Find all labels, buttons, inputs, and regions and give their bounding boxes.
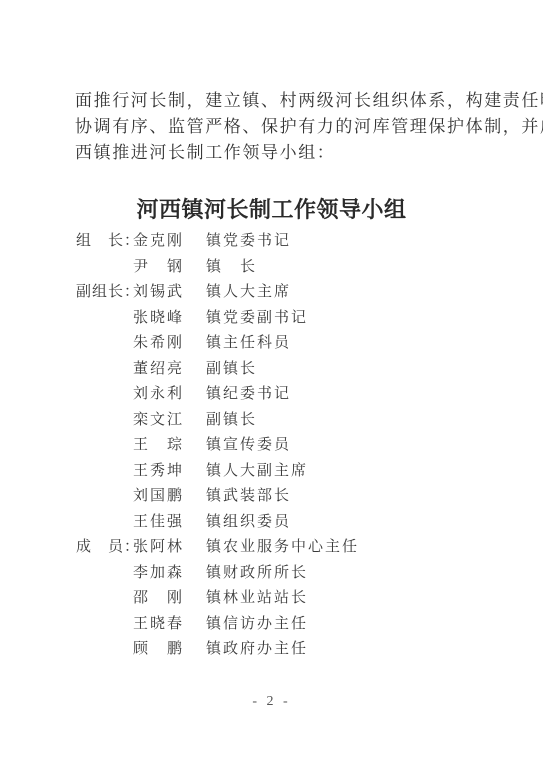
paragraph-line: 西镇推进河长制工作领导小组： — [75, 140, 485, 166]
role-label: 副组长： — [76, 279, 134, 305]
roster-row: 组 长：金克刚镇党委书记 — [76, 228, 516, 254]
member-name: 邵 刚 — [133, 585, 193, 611]
member-position: 镇纪委书记 — [206, 381, 291, 407]
member-position: 镇政府办主任 — [206, 636, 308, 662]
roster-row: 副组长：刘锡武镇人大主席 — [76, 279, 516, 305]
paragraph-line: 面推行河长制，建立镇、村两级河长组织体系，构建责任明确、 — [75, 88, 485, 114]
roster-row: 栾文江副镇长 — [76, 407, 516, 433]
roster-row: 尹 钢镇 长 — [76, 254, 516, 280]
intro-paragraph: 面推行河长制，建立镇、村两级河长组织体系，构建责任明确、 协调有序、监管严格、保… — [75, 88, 485, 166]
page-number: - 2 - — [0, 694, 543, 710]
member-name: 张晓峰 — [133, 305, 193, 331]
roster-list: 组 长：金克刚镇党委书记 尹 钢镇 长 副组长：刘锡武镇人大主席 张晓峰镇党委副… — [76, 228, 516, 662]
roster-row: 刘国鹏镇武装部长 — [76, 483, 516, 509]
member-name: 李加森 — [133, 560, 193, 586]
role-label: 组 长： — [76, 228, 134, 254]
member-position: 镇人大主席 — [206, 279, 291, 305]
member-name: 栾文江 — [133, 407, 193, 433]
role-label: 成 员： — [76, 534, 134, 560]
member-name: 尹 钢 — [133, 254, 193, 280]
member-position: 镇组织委员 — [206, 509, 291, 535]
paragraph-line: 协调有序、监管严格、保护有力的河库管理保护体制，并成立河 — [75, 114, 485, 140]
member-name: 顾 鹏 — [133, 636, 193, 662]
roster-row: 刘永利镇纪委书记 — [76, 381, 516, 407]
section-title: 河西镇河长制工作领导小组 — [0, 193, 543, 224]
member-position: 副镇长 — [206, 407, 257, 433]
member-name: 王晓春 — [133, 611, 193, 637]
member-position: 镇财政所所长 — [206, 560, 308, 586]
member-position: 镇 长 — [206, 254, 257, 280]
roster-row: 王秀坤镇人大副主席 — [76, 458, 516, 484]
roster-row: 李加森镇财政所所长 — [76, 560, 516, 586]
member-position: 镇农业服务中心主任 — [206, 534, 359, 560]
roster-row: 成 员：张阿林镇农业服务中心主任 — [76, 534, 516, 560]
member-name: 朱希刚 — [133, 330, 193, 356]
member-name: 刘国鹏 — [133, 483, 193, 509]
member-position: 镇信访办主任 — [206, 611, 308, 637]
member-name: 张阿林 — [133, 534, 193, 560]
member-position: 镇党委副书记 — [206, 305, 308, 331]
member-name: 刘永利 — [133, 381, 193, 407]
roster-row: 邵 刚镇林业站站长 — [76, 585, 516, 611]
member-position: 镇人大副主席 — [206, 458, 308, 484]
roster-row: 董绍亮副镇长 — [76, 356, 516, 382]
member-name: 金克刚 — [133, 228, 193, 254]
member-name: 王秀坤 — [133, 458, 193, 484]
roster-row: 王佳强镇组织委员 — [76, 509, 516, 535]
member-name: 刘锡武 — [133, 279, 193, 305]
document-page: 面推行河长制，建立镇、村两级河长组织体系，构建责任明确、 协调有序、监管严格、保… — [0, 0, 543, 768]
roster-row: 顾 鹏镇政府办主任 — [76, 636, 516, 662]
member-name: 王 琮 — [133, 432, 193, 458]
roster-row: 王 琮镇宣传委员 — [76, 432, 516, 458]
member-position: 镇党委书记 — [206, 228, 291, 254]
member-name: 王佳强 — [133, 509, 193, 535]
member-position: 镇武装部长 — [206, 483, 291, 509]
roster-row: 王晓春镇信访办主任 — [76, 611, 516, 637]
member-name: 董绍亮 — [133, 356, 193, 382]
member-position: 镇主任科员 — [206, 330, 291, 356]
roster-row: 张晓峰镇党委副书记 — [76, 305, 516, 331]
member-position: 镇宣传委员 — [206, 432, 291, 458]
member-position: 镇林业站站长 — [206, 585, 308, 611]
member-position: 副镇长 — [206, 356, 257, 382]
roster-row: 朱希刚镇主任科员 — [76, 330, 516, 356]
